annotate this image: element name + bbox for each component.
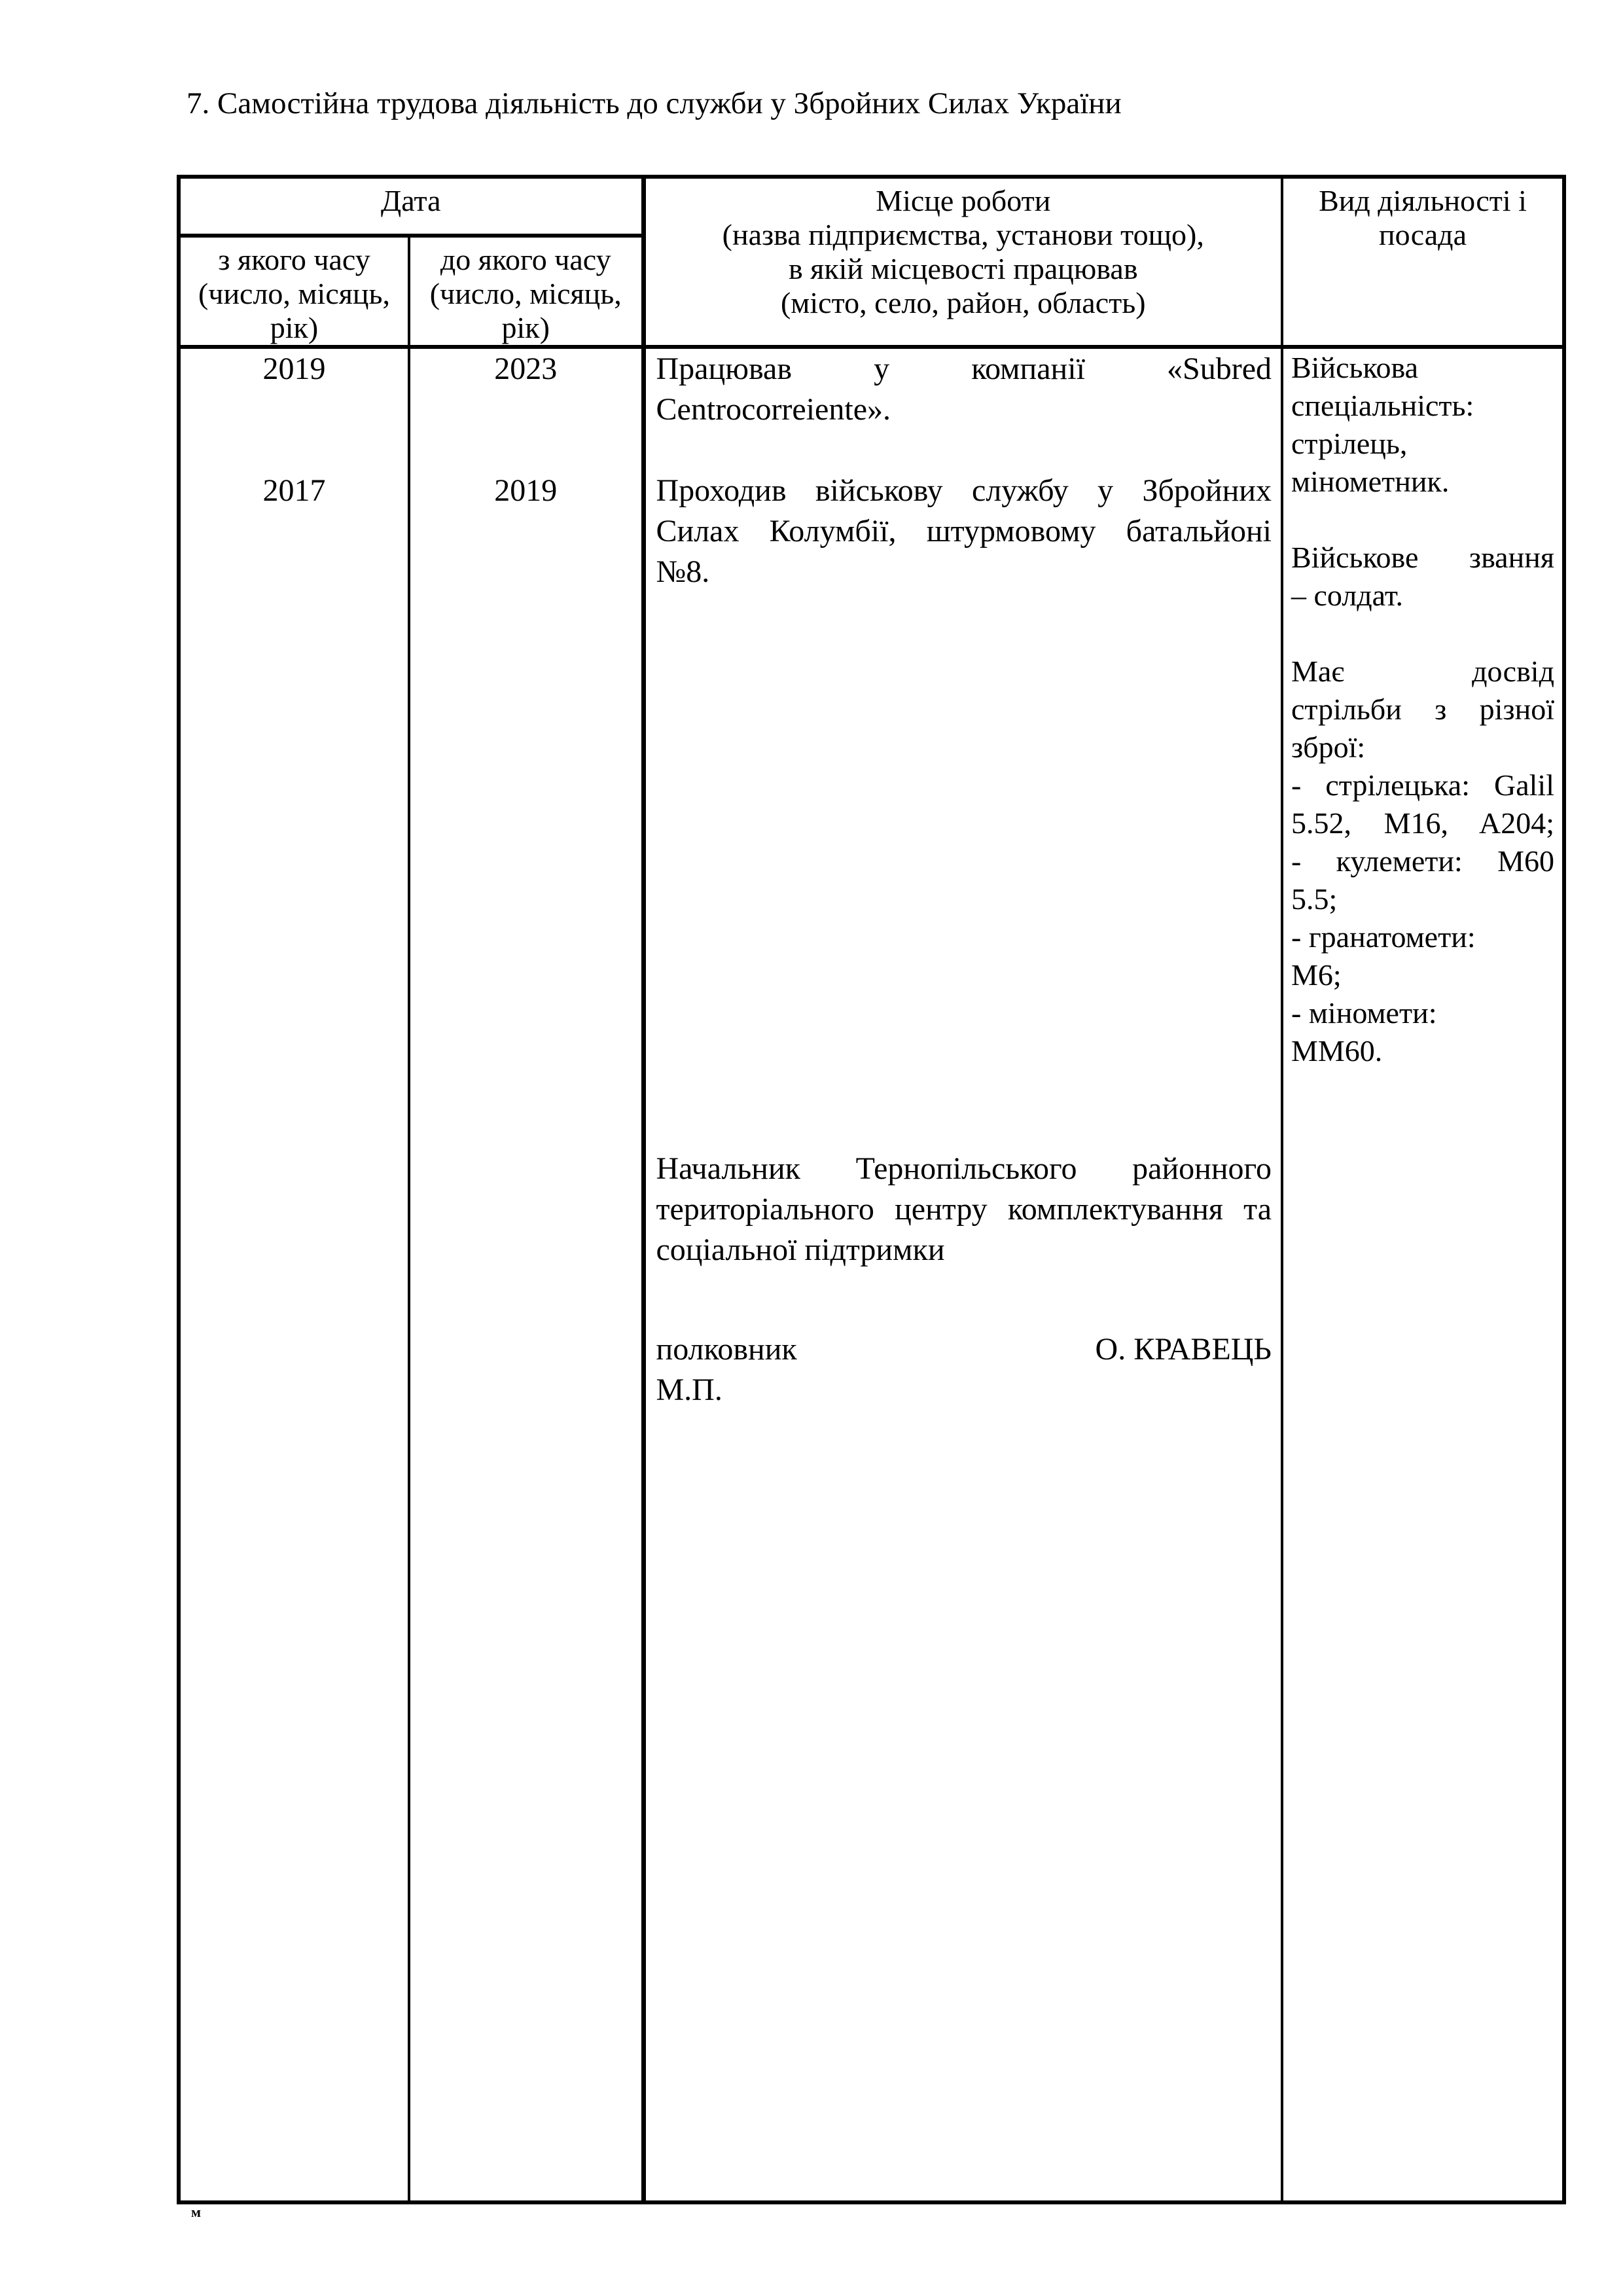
workplace-cell: Працював у компанії «Subred Centrocorrei… — [643, 347, 1282, 2202]
page-bottom-artifact: м — [191, 2204, 201, 2220]
date-to-cell: 2023 2019 — [409, 347, 643, 2202]
experience-intro: Має досвід стрільби з різної зброї: — [1291, 653, 1554, 766]
seal-mark: М.П. — [656, 1370, 1272, 1410]
header-workplace: Місце роботи (назва підприємства, устано… — [643, 177, 1282, 347]
header-date-group: Дата — [179, 177, 643, 236]
header-date-group-label: Дата — [181, 184, 641, 218]
employment-history-table: Дата Місце роботи (назва підприємства, у… — [177, 175, 1566, 2204]
military-rank: Військове звання – солдат. — [1291, 539, 1554, 615]
date-from-value: 2017 — [181, 471, 408, 511]
header-activity: Вид діяльності і посада — [1282, 177, 1564, 347]
activity-cell: Військова спеціальність: стрілець, міном… — [1282, 347, 1564, 2202]
date-to-value: 2023 — [410, 349, 641, 389]
document-page: 7. Самостійна трудова діяльність до служ… — [0, 0, 1623, 2296]
date-to-value: 2019 — [410, 471, 641, 511]
workplace-entry: Працював у компанії «Subred Centrocorrei… — [656, 349, 1272, 430]
date-from-cell: 2019 2017 — [179, 347, 409, 2202]
signatory-rank: полковник — [656, 1329, 797, 1370]
section-title: 7. Самостійна трудова діяльність до служ… — [187, 85, 1122, 122]
signature-row: полковник О. КРАВЕЦЬ — [656, 1329, 1272, 1370]
table-row: 2019 2017 2023 2019 Працював у компанії … — [179, 347, 1564, 2202]
weapons-list: - стрілецька: Galil 5.52, M16, A204; - к… — [1291, 766, 1554, 1070]
vertical-spacer — [656, 592, 1272, 1149]
date-from-value: 2019 — [181, 349, 408, 389]
signatory-position: Начальник Тернопільського районного тери… — [656, 1149, 1272, 1270]
military-specialty: Військова спеціальність: стрілець, міном… — [1291, 349, 1554, 501]
signatory-name: О. КРАВЕЦЬ — [1096, 1329, 1272, 1370]
workplace-entry: Проходив військову службу у Збройних Сил… — [656, 471, 1272, 592]
header-date-to: до якого часу (число, місяць, рік) — [409, 236, 643, 347]
header-date-from: з якого часу (число, місяць, рік) — [179, 236, 409, 347]
